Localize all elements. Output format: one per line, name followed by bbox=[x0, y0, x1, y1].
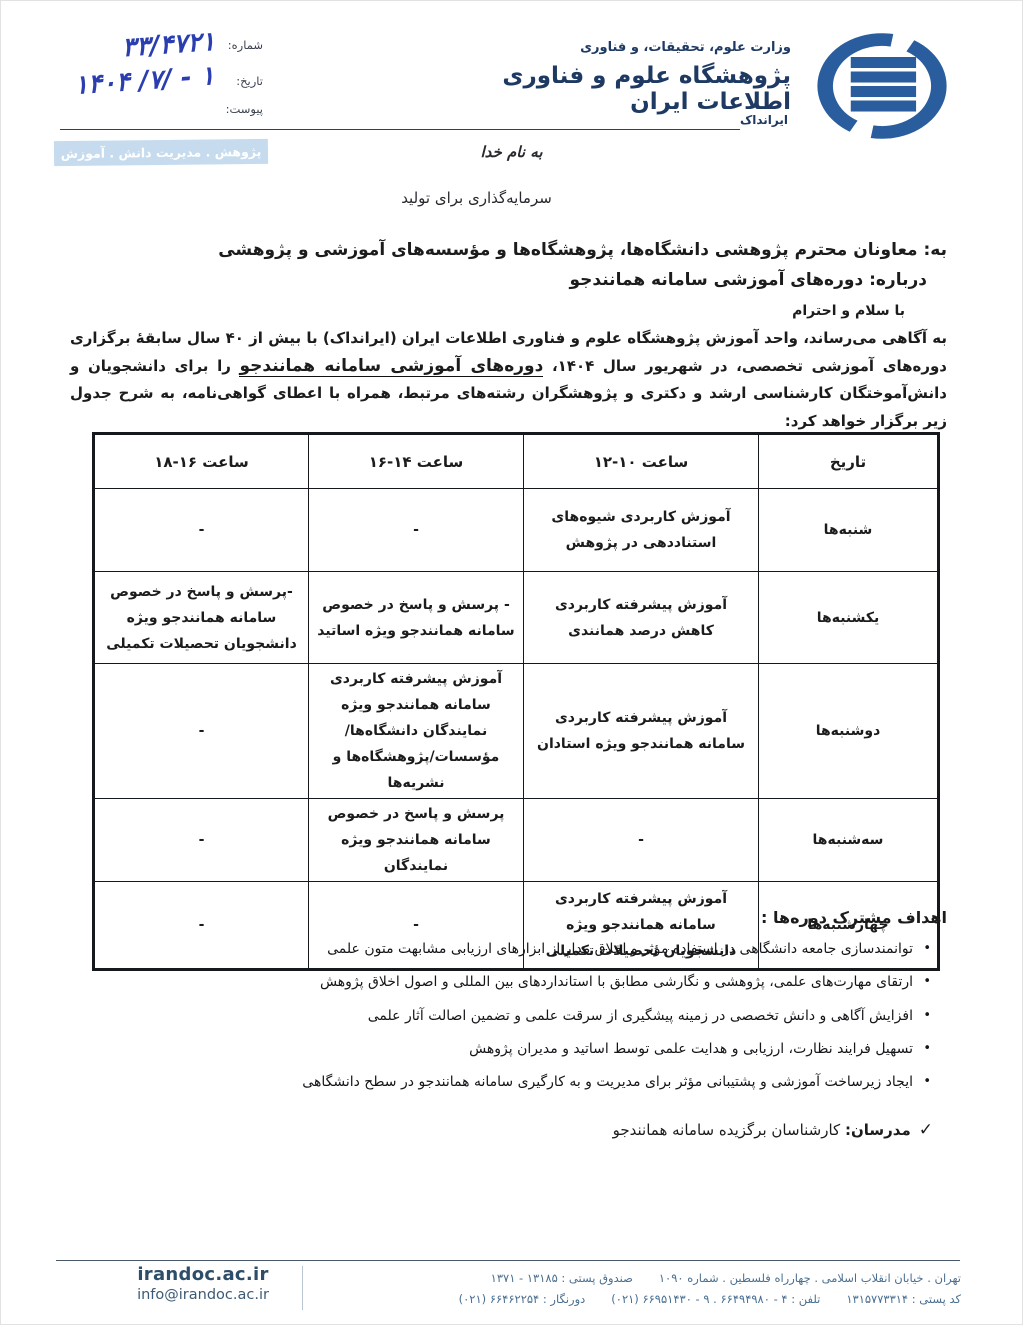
footer-address-line: تهران . خیابان انقلاب اسلامی . چهارراه ف… bbox=[459, 1268, 961, 1289]
day-cell: یکشنبه‌ها bbox=[759, 572, 939, 664]
goals-section: اهداف مشترک دوره‌ها : •توانمندسازی جامعه… bbox=[60, 908, 947, 1105]
day-cell: دوشنبه‌ها bbox=[759, 664, 939, 799]
table-row: دوشنبه‌ها آموزش پیشرفته کاربردی سامانه ه… bbox=[94, 664, 939, 799]
po-box: صندوق پستی : ۱۳۱۸۵ - ۱۳۷۱ bbox=[491, 1271, 633, 1285]
footer-divider bbox=[302, 1266, 303, 1310]
date-value-handwritten: ۱۴۰۴ /۷/ - ۱ bbox=[73, 61, 215, 101]
day-cell: سه‌شنبه‌ها bbox=[759, 799, 939, 882]
bullet-icon: • bbox=[923, 940, 931, 959]
check-icon: ✓ bbox=[919, 1120, 933, 1140]
goal-text: افزایش آگاهی و دانش تخصصی در زمینه پیشگی… bbox=[368, 1008, 913, 1024]
postal-code: کد پستی : ۱۳۱۵۷۷۳۳۱۴ bbox=[846, 1292, 961, 1306]
attachment-label: پیوست: bbox=[215, 102, 263, 116]
letterhead-text: وزارت علوم، تحقیقات، و فناوری پژوهشگاه ع… bbox=[431, 40, 791, 115]
slot-cell: - پرسش و پاسخ در خصوص سامانه همانندجو وی… bbox=[309, 572, 524, 664]
slot-cell: آموزش کاربردی شیوه‌های استناددهی در پژوه… bbox=[524, 489, 759, 572]
goal-text: ارتقای مهارت‌های علمی، پژوهشی و نگارشی م… bbox=[320, 974, 913, 990]
slot-cell: آموزش پیشرفته کاربردی سامانه همانندجو وی… bbox=[524, 664, 759, 799]
institute-short-name: ایرانداک bbox=[740, 113, 788, 127]
letter-body: به: معاونان محترم پژوهشی دانشگاه‌ها، پژو… bbox=[70, 240, 947, 435]
bullet-icon: • bbox=[923, 1007, 931, 1026]
irandoc-logo-icon bbox=[811, 28, 953, 144]
slogan-line: سرمایه‌گذاری برای تولید bbox=[0, 189, 953, 207]
ministry-name: وزارت علوم، تحقیقات، و فناوری bbox=[431, 40, 791, 55]
goal-text: تسهیل فرایند نظارت، ارزیابی و هدایت علمی… bbox=[469, 1041, 913, 1057]
list-item: •افزایش آگاهی و دانش تخصصی در زمینه پیشگ… bbox=[60, 1006, 931, 1026]
recipient-line: به: معاونان محترم پژوهشی دانشگاه‌ها، پژو… bbox=[70, 240, 947, 260]
col-header-time-10-12: ساعت ۱۰-۱۲ bbox=[524, 434, 759, 489]
email-link[interactable]: info@irandoc.ac.ir bbox=[118, 1287, 288, 1303]
instructors-text: کارشناسان برگزیده سامانه همانندجو bbox=[613, 1121, 845, 1139]
table-row: شنبه‌ها آموزش کاربردی شیوه‌های استناددهی… bbox=[94, 489, 939, 572]
date-label: تاریخ: bbox=[215, 74, 263, 88]
letter-attachment-row: پیوست: bbox=[48, 102, 263, 116]
table-header-row: تاریخ ساعت ۱۰-۱۲ ساعت ۱۴-۱۶ ساعت ۱۶-۱۸ bbox=[94, 434, 939, 489]
bismillah-line: به نام خدا bbox=[0, 143, 1023, 161]
bullet-icon: • bbox=[923, 1073, 931, 1092]
slot-cell: - bbox=[94, 799, 309, 882]
slot-cell: پرسش و پاسخ در خصوص سامانه همانندجو ویژه… bbox=[309, 799, 524, 882]
goal-text: توانمندسازی جامعه دانشگاهی در استفاده مؤ… bbox=[327, 941, 913, 957]
course-schedule-table: تاریخ ساعت ۱۰-۱۲ ساعت ۱۴-۱۶ ساعت ۱۶-۱۸ ش… bbox=[92, 432, 940, 971]
letter-meta-block: شماره: ۳۳/۴۷۲۱ تاریخ: ۱۴۰۴ /۷/ - ۱ پیوست… bbox=[48, 30, 263, 122]
footer-phone-line: کد پستی : ۱۳۱۵۷۷۳۳۱۴تلفن : ۴ - ۶۶۴۹۴۹۸۰ … bbox=[459, 1289, 961, 1310]
header-rule bbox=[60, 129, 740, 130]
list-item: •ارتقای مهارت‌های علمی، پژوهشی و نگارشی … bbox=[60, 972, 931, 992]
slot-cell: - bbox=[524, 799, 759, 882]
goals-list: •توانمندسازی جامعه دانشگاهی در استفاده م… bbox=[60, 939, 931, 1092]
list-item: •تسهیل فرایند نظارت، ارزیابی و هدایت علم… bbox=[60, 1039, 931, 1059]
instructors-line: ✓مدرسان: کارشناسان برگزیده سامانه همانند… bbox=[613, 1120, 933, 1140]
footer-contact-web: irandoc.ac.ir info@irandoc.ac.ir bbox=[118, 1264, 288, 1303]
slot-cell: آموزش پیشرفته کاربردی سامانه همانندجو وی… bbox=[309, 664, 524, 799]
instructors-label: مدرسان: bbox=[845, 1121, 911, 1139]
bullet-icon: • bbox=[923, 973, 931, 992]
slot-cell: - bbox=[94, 489, 309, 572]
body-paragraph: به آگاهی می‌رساند، واحد آموزش پژوهشگاه ع… bbox=[70, 325, 947, 435]
salutation-line: با سلام و احترام bbox=[70, 303, 947, 319]
number-label: شماره: bbox=[215, 38, 263, 52]
number-value-handwritten: ۳۳/۴۷۲۱ bbox=[121, 27, 216, 63]
institute-name: پژوهشگاه علوم و فناوری اطلاعات ایران bbox=[431, 63, 791, 115]
street-address: تهران . خیابان انقلاب اسلامی . چهارراه ف… bbox=[659, 1271, 961, 1285]
fax-number: دورنگار : ۶۶۴۶۲۲۵۴ (۰۲۱) bbox=[459, 1292, 586, 1306]
footer-rule bbox=[56, 1260, 960, 1261]
col-header-time-14-16: ساعت ۱۴-۱۶ bbox=[309, 434, 524, 489]
scanned-letter-page: شماره: ۳۳/۴۷۲۱ تاریخ: ۱۴۰۴ /۷/ - ۱ پیوست… bbox=[0, 0, 1023, 1325]
irandoc-logo bbox=[811, 28, 953, 144]
subject-line: درباره: دوره‌های آموزشی سامانه همانندجو bbox=[70, 270, 947, 290]
bullet-icon: • bbox=[923, 1040, 931, 1059]
col-header-date: تاریخ bbox=[759, 434, 939, 489]
body-highlight-underlined: دوره‌های آموزشی سامانه همانندجو bbox=[239, 356, 543, 377]
slot-cell: - bbox=[309, 489, 524, 572]
table-row: یکشنبه‌ها آموزش پیشرفته کاربردی کاهش درص… bbox=[94, 572, 939, 664]
goal-text: ایجاد زیرساخت آموزشی و پشتیبانی مؤثر برا… bbox=[302, 1074, 913, 1090]
website-link[interactable]: irandoc.ac.ir bbox=[118, 1264, 288, 1285]
letter-number-row: شماره: ۳۳/۴۷۲۱ bbox=[48, 30, 263, 60]
list-item: •توانمندسازی جامعه دانشگاهی در استفاده م… bbox=[60, 939, 931, 959]
footer-address-block: تهران . خیابان انقلاب اسلامی . چهارراه ف… bbox=[459, 1268, 961, 1310]
slot-cell: -پرسش و پاسخ در خصوص سامانه همانندجو ویژ… bbox=[94, 572, 309, 664]
day-cell: شنبه‌ها bbox=[759, 489, 939, 572]
table-row: سه‌شنبه‌ها - پرسش و پاسخ در خصوص سامانه … bbox=[94, 799, 939, 882]
goals-heading: اهداف مشترک دوره‌ها : bbox=[60, 908, 947, 927]
slot-cell: - bbox=[94, 664, 309, 799]
phone-numbers: تلفن : ۴ - ۶۶۴۹۴۹۸۰ . ۹ - ۶۶۹۵۱۴۳۰ (۰۲۱) bbox=[611, 1292, 820, 1306]
letter-date-row: تاریخ: ۱۴۰۴ /۷/ - ۱ bbox=[48, 66, 263, 96]
list-item: •ایجاد زیرساخت آموزشی و پشتیبانی مؤثر بر… bbox=[60, 1072, 931, 1092]
col-header-time-16-18: ساعت ۱۶-۱۸ bbox=[94, 434, 309, 489]
slot-cell: آموزش پیشرفته کاربردی کاهش درصد همانندی bbox=[524, 572, 759, 664]
